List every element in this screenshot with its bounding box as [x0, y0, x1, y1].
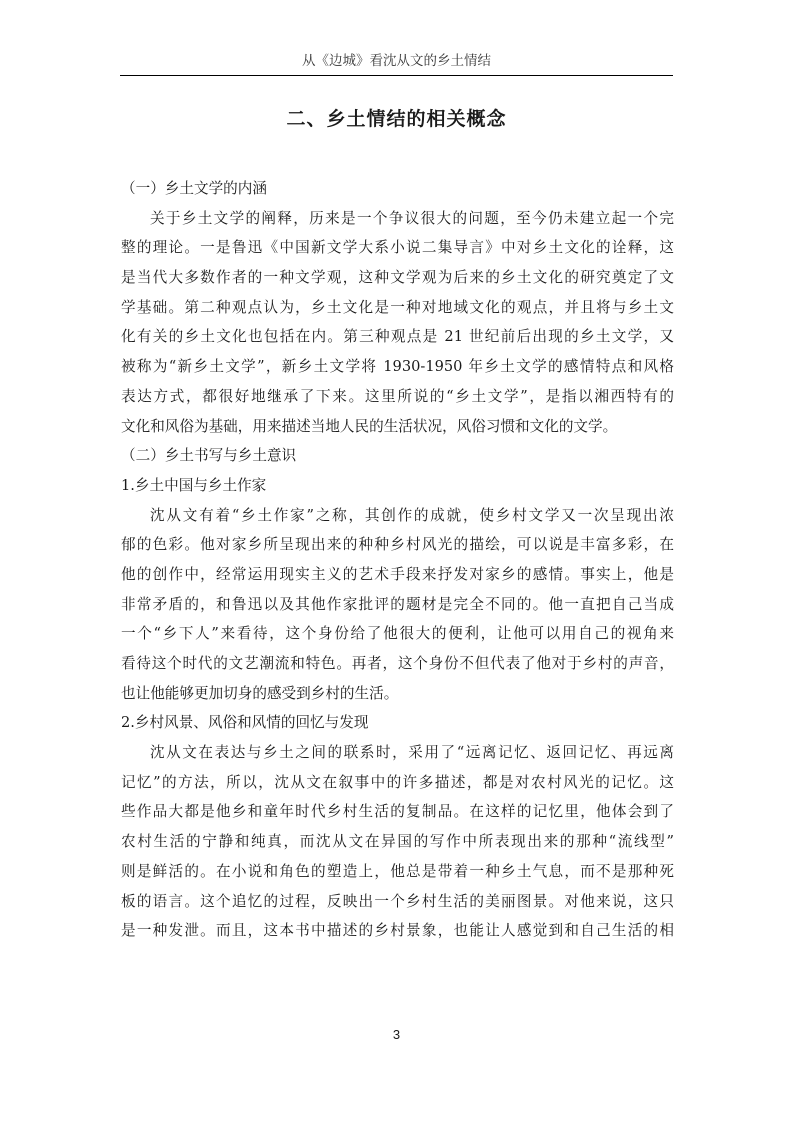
text-line: 整的理论。一是鲁迅《中国新文学大系小说二集导言》中对乡土文化的诠释，这	[121, 233, 674, 263]
subsection-heading: 1.乡土中国与乡土作家	[121, 471, 674, 501]
text-line: 他的创作中，经常运用现实主义的艺术手段来抒发对家乡的感情。事实上，他是	[121, 560, 674, 590]
text-line: 农村生活的宁静和纯真，而沈从文在异国的写作中所表现出来的那种“流线型”	[121, 827, 674, 857]
body-text: （一）乡土文学的内涵关于乡土文学的阐释，历来是一个争议很大的问题，至今仍未建立起…	[121, 174, 674, 946]
text-line: 些作品大都是他乡和童年时代乡村生活的复制品。在这样的记忆里，他体会到了	[121, 797, 674, 827]
text-line: 非常矛盾的，和鲁迅以及其他作家批评的题材是完全不同的。他一直把自己当成	[121, 590, 674, 620]
text-line: 化有关的乡土文化也包括在内。第三种观点是 21 世纪前后出现的乡土文学，又	[121, 322, 674, 352]
text-line: 是当代大多数作者的一种文学观，这种文学观为后来的乡土文化的研究奠定了文	[121, 263, 674, 293]
section-title: 二、乡土情结的相关概念	[120, 104, 673, 131]
header-rule	[120, 75, 673, 76]
running-header: 从《边城》看沈从文的乡土情结	[120, 52, 673, 70]
subsection-heading: （一）乡土文学的内涵	[121, 174, 674, 204]
text-line: 表达方式，都很好地继承了下来。这里所说的“乡土文学”，是指以湘西特有的	[121, 382, 674, 412]
text-line: 沈从文在表达与乡土之间的联系时，采用了“远离记忆、返回记忆、再远离	[121, 738, 674, 768]
text-line: 学基础。第二种观点认为，乡土文化是一种对地域文化的观点，并且将与乡土文	[121, 293, 674, 323]
text-line: 看待这个时代的文艺潮流和特色。再者，这个身份不但代表了他对于乡村的声音，	[121, 649, 674, 679]
text-line: 被称为“新乡土文学”，新乡土文学将 1930-1950 年乡土文学的感情特点和风…	[121, 352, 674, 382]
text-line: 关于乡土文学的阐释，历来是一个争议很大的问题，至今仍未建立起一个完	[121, 204, 674, 234]
subsection-heading: （二）乡土书写与乡土意识	[121, 441, 674, 471]
text-line: 也让他能够更加切身的感受到乡村的生活。	[121, 679, 674, 709]
text-line: 沈从文有着“乡土作家”之称，其创作的成就，使乡村文学又一次呈现出浓	[121, 501, 674, 531]
text-line: 郁的色彩。他对家乡所呈现出来的种种乡村风光的描绘，可以说是丰富多彩，在	[121, 530, 674, 560]
text-line: 板的语言。这个追忆的过程，反映出一个乡村生活的美丽图景。对他来说，这只	[121, 887, 674, 917]
subsection-heading: 2.乡村风景、风俗和风情的回忆与发现	[121, 708, 674, 738]
text-line: 则是鲜活的。在小说和角色的塑造上，他总是带着一种乡土气息，而不是那种死	[121, 857, 674, 887]
text-line: 记忆”的方法，所以，沈从文在叙事中的许多描述，都是对农村风光的记忆。这	[121, 768, 674, 798]
text-line: 是一种发泄。而且，这本书中描述的乡村景象，也能让人感觉到和自己生活的相	[121, 916, 674, 946]
text-line: 文化和风俗为基础，用来描述当地人民的生活状况，风俗习惯和文化的文学。	[121, 412, 674, 442]
page-number: 3	[0, 1027, 793, 1042]
text-line: 一个“乡下人”来看待，这个身份给了他很大的便利，让他可以用自己的视角来	[121, 619, 674, 649]
